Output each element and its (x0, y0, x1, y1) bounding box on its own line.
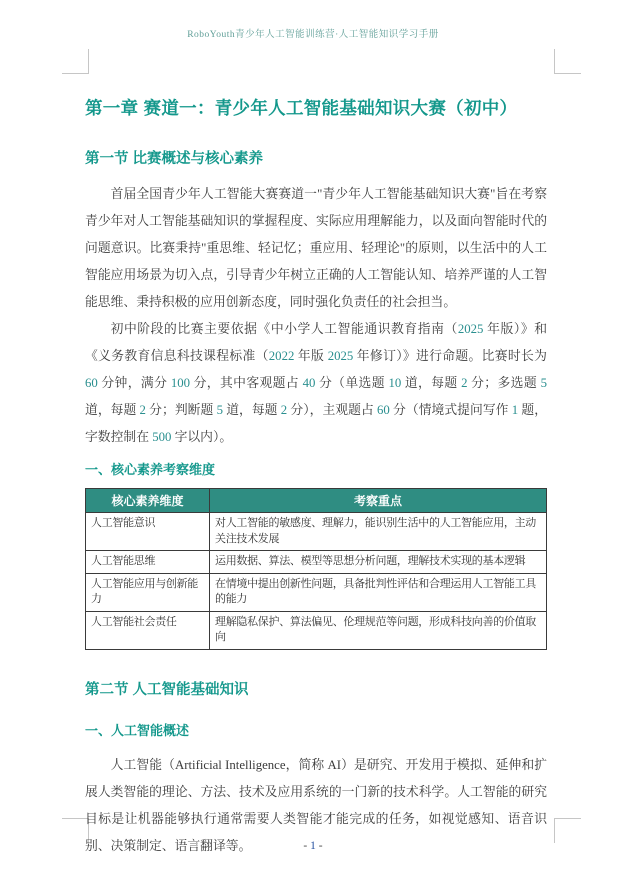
text-run: 分（单选题 (315, 376, 388, 390)
text-run: 年修订）》进行命题。比赛时长为 (353, 349, 547, 363)
core-competency-table: 核心素养维度考察重点 人工智能意识对人工智能的敏感度、理解力，能识别生活中的人工… (85, 488, 547, 650)
section2-title: 第二节 人工智能基础知识 (85, 679, 547, 701)
dimension-cell: 人工智能意识 (86, 513, 210, 551)
accent-number: 5 (541, 376, 547, 390)
table-header-row: 核心素养维度考察重点 (86, 489, 547, 513)
text-run: 分；多选题 (468, 376, 541, 390)
text-run: 道，每题 (223, 403, 281, 417)
table-row: 人工智能应用与创新能力在情境中提出创新性问题，具备批判性评估和合理运用人工智能工… (86, 573, 547, 611)
body-paragraph: 首届全国青少年人工智能大赛赛道一"青少年人工智能基础知识大赛"旨在考察青少年对人… (85, 181, 547, 316)
accent-number: 500 (152, 430, 171, 444)
chapter-title: 第一章 赛道一：青少年人工智能基础知识大赛（初中） (85, 96, 547, 121)
subsection-ai-overview-title: 一、人工智能概述 (85, 721, 547, 740)
accent-number: 2022 (269, 349, 295, 363)
table-row: 人工智能思维运用数据、算法、模型等思想分析问题，理解技术实现的基本逻辑 (86, 551, 547, 574)
accent-number: 60 (377, 403, 390, 417)
accent-number: 2025 (328, 349, 354, 363)
accent-number: 40 (303, 376, 316, 390)
page-content: 第一章 赛道一：青少年人工智能基础知识大赛（初中） 第一节 比赛概述与核心素养 … (85, 0, 547, 860)
crop-mark-top-right (554, 49, 581, 74)
text-run: 初中阶段的比赛主要依据《中小学人工智能通识教育指南（ (111, 322, 458, 336)
table-row: 人工智能意识对人工智能的敏感度、理解力，能识别生活中的人工智能应用，主动关注技术… (86, 513, 547, 551)
focus-cell: 运用数据、算法、模型等思想分析问题，理解技术实现的基本逻辑 (210, 551, 547, 574)
accent-number: 60 (85, 376, 98, 390)
table-row: 人工智能社会责任理解隐私保护、算法偏见、伦理规范等问题，形成科技向善的价值取向 (86, 611, 547, 649)
accent-number: 100 (171, 376, 190, 390)
text-run: 分（情境式提问写作 (390, 403, 512, 417)
table-header-cell: 核心素养维度 (86, 489, 210, 513)
dimension-cell: 人工智能社会责任 (86, 611, 210, 649)
dimension-cell: 人工智能思维 (86, 551, 210, 574)
page-number: - 1 - (0, 840, 626, 852)
accent-number: 10 (388, 376, 401, 390)
focus-cell: 理解隐私保护、算法偏见、伦理规范等问题，形成科技向善的价值取向 (210, 611, 547, 649)
text-run: 分），主观题占 (287, 403, 377, 417)
body-paragraph: 初中阶段的比赛主要依据《中小学人工智能通识教育指南（2025 年版）》和《义务教… (85, 316, 547, 451)
accent-number: 2025 (458, 322, 484, 336)
text-run: 道，每题 (85, 403, 140, 417)
text-run: 分；判断题 (146, 403, 217, 417)
dimension-cell: 人工智能应用与创新能力 (86, 573, 210, 611)
section1-title: 第一节 比赛概述与核心素养 (85, 148, 547, 170)
text-run: 年版 (294, 349, 327, 363)
focus-cell: 对人工智能的敏感度、理解力，能识别生活中的人工智能应用，主动关注技术发展 (210, 513, 547, 551)
table-header-cell: 考察重点 (210, 489, 547, 513)
text-run: 道，每题 (401, 376, 461, 390)
subsection-core-competency-title: 一、核心素养考察维度 (85, 460, 547, 479)
text-run: 分钟，满分 (98, 376, 171, 390)
focus-cell: 在情境中提出创新性问题，具备批判性评估和合理运用人工智能工具的能力 (210, 573, 547, 611)
page-number-suffix: - (316, 840, 323, 852)
text-run: 字以内）。 (171, 430, 232, 444)
text-run: 分，其中客观题占 (190, 376, 303, 390)
document-page: RoboYouth青少年人工智能训练营·人工智能知识学习手册 第一章 赛道一：青… (0, 0, 626, 892)
